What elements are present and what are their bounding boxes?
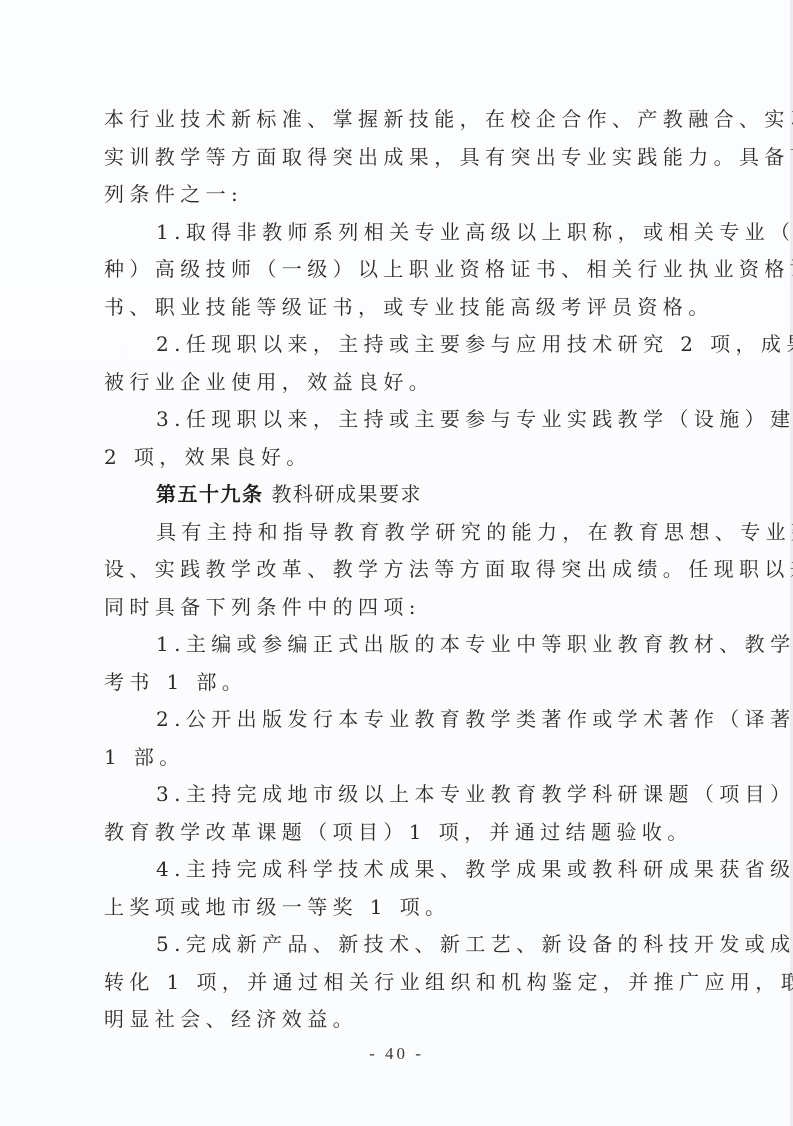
text-line: 明显社会、经济效益。 [104,1001,694,1039]
list-item-4-line: 4.主持完成科学技术成果、教学成果或教科研成果获省级以 [104,851,694,889]
list-item-3-line: 3.任现职以来，主持或主要参与专业实践教学（设施）建设 [104,401,694,439]
list-item-1-line: 1.主编或参编正式出版的本专业中等职业教育教材、教学参 [104,626,694,664]
document-page: 本行业技术新标准、掌握新技能，在校企合作、产教融合、实习 实训教学等方面取得突出… [0,0,793,1126]
text-line: 转化 1 项，并通过相关行业组织和机构鉴定，并推广应用，取得 [104,964,694,1002]
text-line: 本行业技术新标准、掌握新技能，在校企合作、产教融合、实习 [104,101,694,139]
text-line: 同时具备下列条件中的四项: [104,589,694,627]
list-item-5-line: 5.完成新产品、新技术、新工艺、新设备的科技开发或成果 [104,926,694,964]
text-line: 列条件之一: [104,176,694,214]
page-number: - 40 - [0,1044,793,1064]
text-line: 种）高级技师（一级）以上职业资格证书、相关行业执业资格证 [104,251,694,289]
text-line: 考书 1 部。 [104,664,694,702]
text-line: 被行业企业使用，效益良好。 [104,364,694,402]
article-title: 教科研成果要求 [272,482,423,506]
text-line: 1 部。 [104,739,694,777]
text-line: 上奖项或地市级一等奖 1 项。 [104,889,694,927]
list-item-3-line: 3.主持完成地市级以上本专业教育教学科研课题（项目）或 [104,776,694,814]
text-line: 书、职业技能等级证书，或专业技能高级考评员资格。 [104,289,694,327]
paragraph-line: 具有主持和指导教育教学研究的能力，在教育思想、专业建 [104,514,694,552]
text-line: 实训教学等方面取得突出成果，具有突出专业实践能力。具备下 [104,139,694,177]
list-item-1-line: 1.取得非教师系列相关专业高级以上职称，或相关专业（工 [104,214,694,252]
document-body: 本行业技术新标准、掌握新技能，在校企合作、产教融合、实习 实训教学等方面取得突出… [104,101,694,1039]
list-item-2-line: 2.公开出版发行本专业教育教学类著作或学术著作（译著） [104,701,694,739]
text-line: 2 项，效果良好。 [104,439,694,477]
article-number: 第五十九条 [156,482,264,506]
article-heading: 第五十九条教科研成果要求 [104,476,694,514]
list-item-2-line: 2.任现职以来，主持或主要参与应用技术研究 2 项，成果已 [104,326,694,364]
text-line: 教育教学改革课题（项目）1 项，并通过结题验收。 [104,814,694,852]
text-line: 设、实践教学改革、教学方法等方面取得突出成绩。任现职以来， [104,551,694,589]
